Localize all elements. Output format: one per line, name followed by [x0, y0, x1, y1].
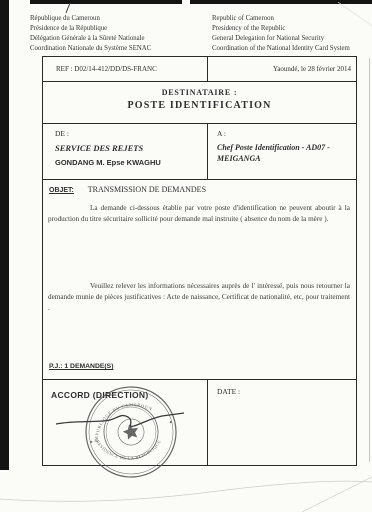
- approval-label: ACCORD (DIRECTION): [51, 390, 148, 400]
- approval-date-label: DATE :: [217, 387, 240, 396]
- sender-service: SERVICE DES REJETS: [55, 143, 207, 153]
- letterhead-french: République du Cameroun Présidence de la …: [30, 14, 151, 54]
- place-date: Yaoundé, le 28 février 2014: [273, 65, 351, 73]
- destinataire-subtitle: POSTE IDENTIFICATION: [43, 100, 356, 111]
- place-date-cell: Yaoundé, le 28 février 2014: [207, 57, 357, 81]
- objet-label: OBJET:: [49, 187, 74, 194]
- body-paragraph-1: La demande ci-dessous établie par votre …: [48, 203, 350, 225]
- letterhead-line: Présidence de la République: [30, 24, 151, 34]
- sender-cell: DE : SERVICE DES REJETS GONDANG M. Epse …: [43, 123, 207, 179]
- document-form-table: REF : D02/14-412/DD/DS-FRANC Yaoundé, le…: [42, 56, 357, 466]
- ref-cell: REF : D02/14-412/DD/DS-FRANC: [43, 57, 207, 81]
- approval-cell: ACCORD (DIRECTION): [43, 379, 207, 465]
- letterhead-line: République du Cameroun: [30, 14, 151, 24]
- scan-noise-mark: [66, 3, 70, 13]
- scanned-letter-page: République du Cameroun Présidence de la …: [0, 0, 372, 512]
- letterhead-english: Republic of Cameroon Presidency of the R…: [212, 14, 350, 54]
- letterhead-line: Presidency of the Republic: [212, 24, 350, 34]
- letterhead-line: General Delegation for National Security: [212, 34, 350, 44]
- destinataire-cell: DESTINATAIRE : POSTE IDENTIFICATION: [43, 81, 356, 123]
- recipient-cell: A : Chef Poste Identification - AD07 - M…: [207, 123, 357, 179]
- scan-artifact-left-edge: [0, 0, 9, 470]
- table-row-divider: [43, 179, 356, 180]
- letterhead-line: Coordination Nationale du Système SENAC: [30, 44, 151, 54]
- paper-crease: [0, 481, 372, 501]
- sender-label: DE :: [55, 129, 207, 138]
- destinataire-title: DESTINATAIRE :: [43, 88, 356, 97]
- scan-artifact-top-edge: [30, 0, 182, 4]
- approval-date-cell: DATE :: [207, 379, 357, 465]
- recipient-label: A :: [217, 129, 353, 138]
- letterhead-line: Republic of Cameroon: [212, 14, 350, 24]
- ref-number: REF : D02/14-412/DD/DS-FRANC: [56, 65, 157, 73]
- body-paragraph-2: Veuillez relever les informations nécess…: [48, 281, 350, 313]
- recipient-name: Chef Poste Identification - AD07 - MEIGA…: [217, 142, 353, 164]
- attachments-line: P.J.: 1 DEMANDE(S): [49, 363, 113, 370]
- letterhead-line: Coordination of the National Identity Ca…: [212, 44, 350, 54]
- scan-artifact-top-edge: [190, 0, 372, 4]
- scan-artifact-right-edge: [369, 58, 370, 462]
- letterhead-line: Délégation Générale à la Sûreté National…: [30, 34, 151, 44]
- paper-crease: [302, 477, 372, 512]
- sender-officer: GONDANG M. Epse KWAGHU: [55, 158, 207, 167]
- objet-value: TRANSMISSION DE DEMANDES: [88, 185, 206, 194]
- objet-line: OBJET: TRANSMISSION DE DEMANDES: [49, 185, 206, 194]
